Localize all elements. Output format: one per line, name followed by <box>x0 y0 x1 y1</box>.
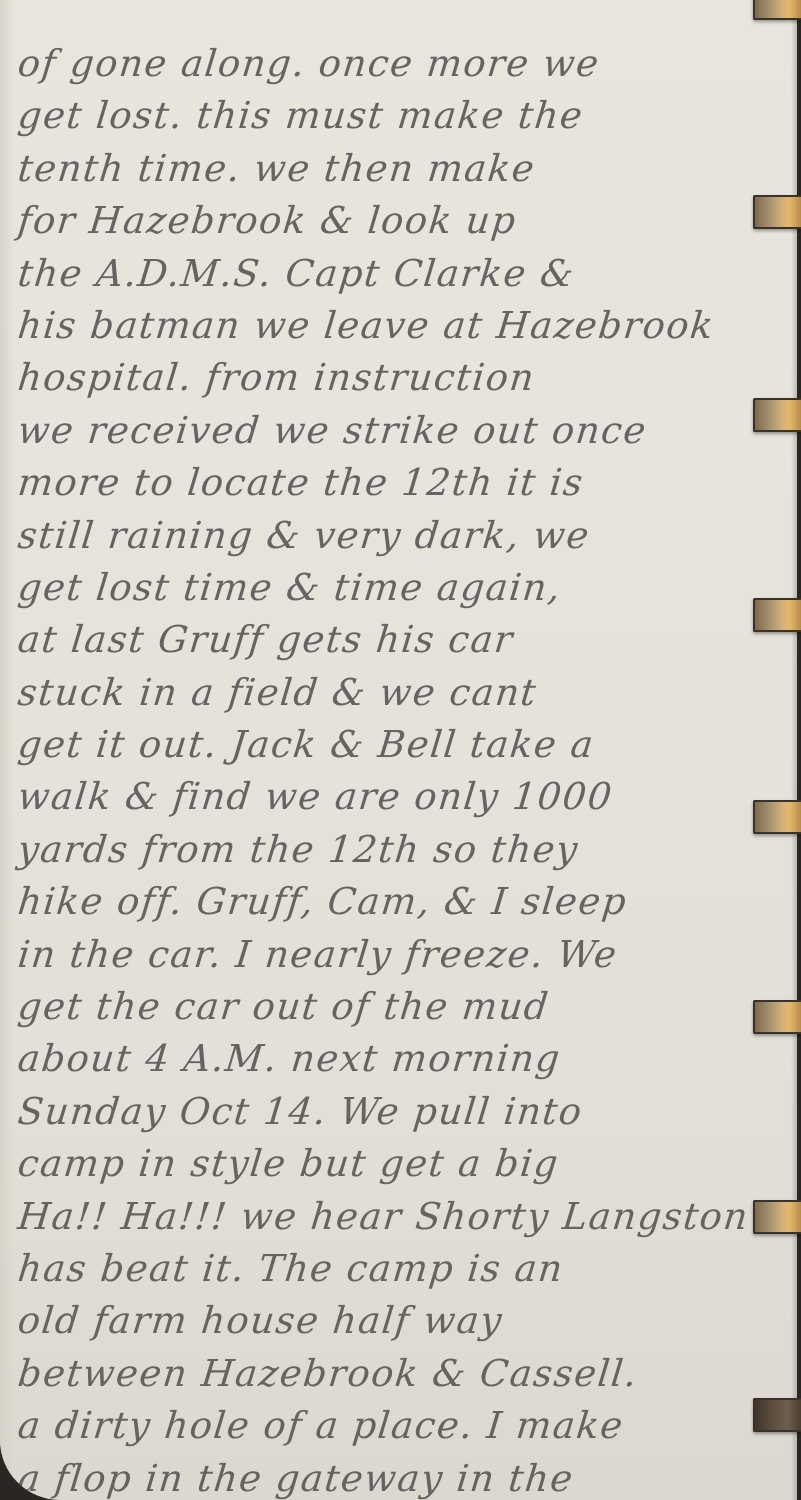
text-line: tenth time. we then make <box>15 143 791 195</box>
text-line: walk & find we are only 1000 <box>15 771 791 823</box>
text-line: at last Gruff gets his car <box>15 614 791 666</box>
text-line: hike off. Gruff, Cam, & I sleep <box>15 876 791 928</box>
handwritten-text-block: of gone along. once more we get lost. th… <box>18 38 788 1500</box>
text-line: Sunday Oct 14. We pull into <box>15 1086 791 1138</box>
binding-ring-icon <box>753 1000 801 1034</box>
text-line: has beat it. The camp is an <box>15 1243 791 1295</box>
binding-ring-icon <box>753 1398 801 1432</box>
text-line: a flop in the gateway in the <box>15 1453 791 1500</box>
text-line: the A.D.M.S. Capt Clarke & <box>15 248 791 300</box>
binding-ring-icon <box>753 0 801 20</box>
text-line: hospital. from instruction <box>15 352 791 404</box>
text-line: get lost time & time again, <box>15 562 791 614</box>
text-line: old farm house half way <box>15 1295 791 1347</box>
binding-ring-icon <box>753 195 801 229</box>
text-line: of gone along. once more we <box>15 38 791 90</box>
text-line: his batman we leave at Hazebrook <box>15 300 791 352</box>
text-line: Ha!! Ha!!! we hear Shorty Langston <box>15 1191 791 1243</box>
text-line: stuck in a field & we cant <box>15 667 791 719</box>
text-line: for Hazebrook & look up <box>15 195 791 247</box>
text-line: in the car. I nearly freeze. We <box>15 929 791 981</box>
binding-ring-icon <box>753 800 801 834</box>
text-line: we received we strike out once <box>15 405 791 457</box>
text-line: get it out. Jack & Bell take a <box>15 719 791 771</box>
text-line: a dirty hole of a place. I make <box>15 1400 791 1452</box>
diary-page: of gone along. once more we get lost. th… <box>0 0 797 1500</box>
binding-ring-icon <box>753 398 801 432</box>
text-line: about 4 A.M. next morning <box>15 1033 791 1085</box>
text-line: get lost. this must make the <box>15 90 791 142</box>
text-line: still raining & very dark, we <box>15 510 791 562</box>
text-line: get the car out of the mud <box>15 981 791 1033</box>
binding-ring-icon <box>753 598 801 632</box>
text-line: between Hazebrook & Cassell. <box>15 1348 791 1400</box>
text-line: camp in style but get a big <box>15 1138 791 1190</box>
text-line: more to locate the 12th it is <box>15 457 791 509</box>
text-line: yards from the 12th so they <box>15 824 791 876</box>
binding-ring-icon <box>753 1200 801 1234</box>
